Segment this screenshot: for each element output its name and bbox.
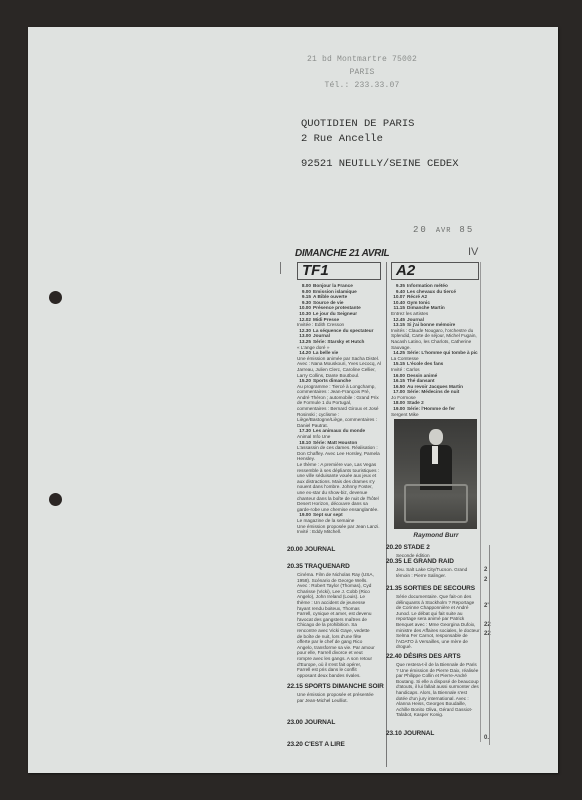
program-time: 15.20 [297, 378, 311, 384]
program-title: Stade 2 [407, 400, 424, 405]
recipient-name: QUOTIDIEN DE PARIS [301, 117, 459, 132]
program-title: Série: Matt Houston [313, 440, 357, 445]
program-note: Invités : Claude Nougaro, l'orchestre du… [391, 328, 479, 350]
evening-program: 22.40 DÉSIRS DES ARTS [386, 653, 461, 660]
raymond-burr-photo [394, 419, 477, 529]
program-note: Invité : Eddy Mitchell. [297, 529, 381, 535]
column-divider [386, 262, 387, 767]
recipient-address: QUOTIDIEN DE PARIS 2 Rue Ancelle 92521 N… [301, 117, 459, 172]
program-title: Dessin animé [407, 373, 437, 378]
program-title: Série: L'homme qui tombe à pic [407, 350, 478, 355]
evening-description: Cinéma. Film de Nicholas Ray (USA, 1958)… [297, 572, 375, 678]
program-time: 14.25 [391, 350, 405, 356]
agency-phone: Tél.: 233.33.07 [302, 79, 422, 92]
photo-caption: Raymond Burr [395, 532, 477, 539]
program-row: 14.25 Série: L'homme qui tombe à pic [391, 350, 479, 356]
program-title: Midi Presse [313, 317, 339, 322]
program-note: Au programme : Tiercé à Longchamp, comme… [297, 384, 381, 429]
program-title: Récré A2 [407, 294, 427, 299]
program-title: Si j'ai bonne mémoire [407, 322, 455, 327]
margin-line [280, 262, 281, 274]
program-title: Série: Starsky et Hutch [313, 339, 364, 344]
program-time: 19.00 [391, 406, 405, 412]
margin-mark: 2 [484, 577, 487, 583]
agency-address: 21 bd Montmartre 75002 PARIS [302, 53, 422, 79]
a2-channel-header: A2 [391, 262, 479, 280]
program-note: Sergent Mike [391, 412, 479, 418]
evening-description: Que restera-t-il de la Biennale de Paris… [396, 662, 480, 718]
evening-description: Une émission proposée et présentée par J… [297, 692, 375, 703]
program-title: Emission islamique [313, 289, 357, 294]
tf1-daytime-list: 8.00 Bonjour la France9.00 Emission isla… [297, 283, 381, 535]
punch-hole [49, 493, 62, 506]
clipping-day-title: DIMANCHE 21 AVRIL [295, 248, 389, 259]
evening-program: 20.00 JOURNAL [287, 546, 335, 553]
agency-stamp: 21 bd Montmartre 75002 PARIS Tél.: 233.3… [302, 53, 422, 92]
program-title: Au revoir Jacques Martin [407, 384, 463, 389]
a2-column: A2 9.35 Information météo9.40 Les chevau… [391, 262, 479, 417]
evening-description: Jeu. Salt Lake City/Tucson. Grand témoin… [396, 567, 480, 578]
date-stamp: 20AVR85 [413, 225, 474, 235]
a2-daytime-list: 9.35 Information météo9.40 Les chevaux d… [391, 283, 479, 417]
evening-program: 20.20 STADE 2 [386, 544, 430, 551]
program-title: L'école des fans [407, 361, 443, 366]
program-title: Thé dansant [407, 378, 435, 383]
page-number: IV [468, 246, 478, 258]
recipient-street: 2 Rue Ancelle [301, 132, 459, 147]
evening-program: 23.00 JOURNAL [287, 719, 335, 726]
program-title: Le jour du Seigneur [313, 311, 357, 316]
evening-program: 21.35 SORTIES DE SECOURS [386, 585, 475, 592]
date-day: 20 [413, 225, 428, 235]
program-time: 13.25 [297, 339, 311, 345]
date-year: 85 [459, 225, 474, 235]
punch-hole [49, 291, 62, 304]
program-title: Sept sur sept [313, 512, 343, 517]
program-title: Sports dimanche [313, 378, 351, 383]
program-title: Bonjour la France [313, 283, 353, 288]
program-title: Source de vie [313, 300, 343, 305]
program-note: Avec : Nana Mouskouri, Yves Lecocq, Al J… [297, 361, 381, 378]
recipient-city: 92521 NEUILLY/SEINE CEDEX [301, 157, 459, 172]
program-title: La belle vie [313, 350, 338, 355]
program-title: Information météo [407, 283, 448, 288]
program-title: Les animaux du monde [313, 428, 365, 433]
evening-program: 23.10 JOURNAL [386, 730, 434, 737]
evening-description: Série documentaire. Que fait-on des déli… [396, 594, 480, 650]
margin-line [489, 545, 490, 745]
date-month: AVR [436, 227, 452, 235]
program-title: Présence protestante [313, 305, 361, 310]
program-title: A Bible ouverte [313, 294, 347, 299]
margin-mark: 2 [484, 567, 487, 573]
program-title: La séquence du spectateur [313, 328, 373, 333]
program-title: Gym tonic [407, 300, 430, 305]
evening-program: 23.20 C'EST A LIRE [287, 741, 345, 748]
program-title: Série: l'Homme de fer [407, 406, 455, 411]
program-title: Série: Médecins de nuit [407, 389, 459, 394]
program-note: L'assassin de ces dames. Réalisation : D… [297, 445, 381, 462]
program-time: 14.20 [297, 350, 311, 356]
program-title: Les chevaux du tiercé [407, 289, 456, 294]
evening-program: 22.15 SPORTS DIMANCHE SOIR [287, 683, 384, 690]
tf1-column: TF1 8.00 Bonjour la France9.00 Emission … [297, 262, 381, 535]
program-title: Dimanche Martin [407, 305, 445, 310]
evening-program: 20.35 TRAQUENARD [287, 563, 350, 570]
program-title: Journal [407, 317, 424, 322]
tf1-channel-header: TF1 [297, 262, 381, 280]
program-note: Le thème : A première vue, Las Vegas res… [297, 462, 381, 512]
evening-program: 20.35 LE GRAND RAID [386, 558, 454, 565]
column-divider [480, 262, 481, 742]
program-time: 13.15 [391, 322, 405, 328]
program-title: Journal [313, 333, 330, 338]
